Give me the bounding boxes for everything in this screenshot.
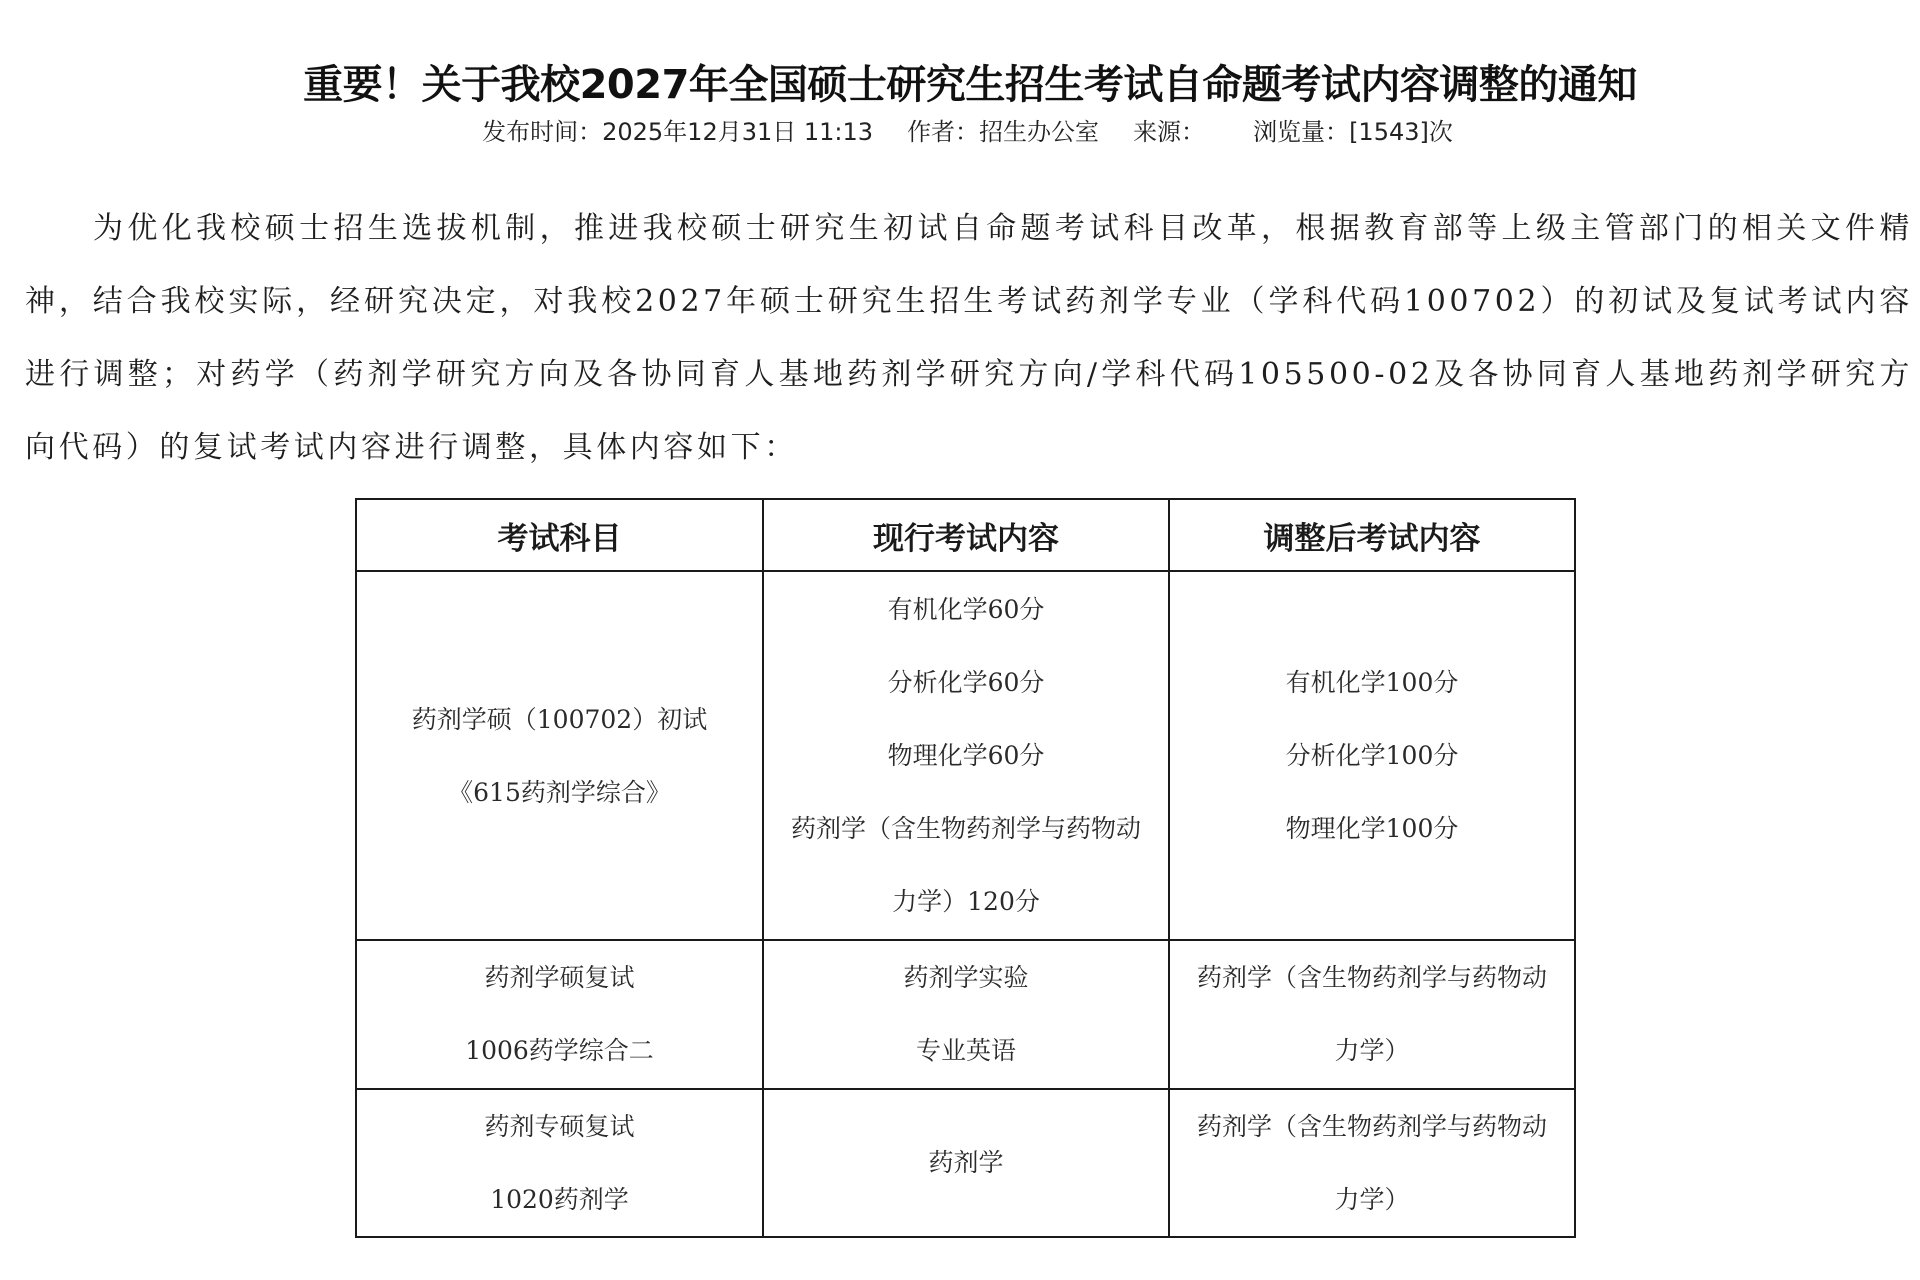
publish-time: 2025年12月31日 11:13 [602, 112, 873, 147]
cell-line: 药剂学硕复试 [375, 941, 744, 1014]
cell-current: 有机化学60分 分析化学60分 物理化学60分 药剂学（含生物药剂学与药物动 力… [763, 571, 1169, 940]
header-current-content: 现行考试内容 [763, 499, 1169, 571]
cell-subject: 药剂学硕复试 1006药学综合二 [356, 940, 763, 1088]
cell-adjusted: 有机化学100分 分析化学100分 物理化学100分 [1169, 571, 1575, 940]
cell-line: 1020药剂学 [375, 1163, 744, 1236]
cell-line: 药剂学 [782, 1126, 1150, 1199]
table-row: 药剂专硕复试 1020药剂学 药剂学 药剂学（含生物药剂学与药物动 力学） [356, 1089, 1575, 1237]
table-row: 药剂学硕复试 1006药学综合二 药剂学实验 专业英语 药剂学（含生物药剂学与药… [356, 940, 1575, 1088]
cell-line: 物理化学60分 [782, 719, 1150, 792]
header-adjusted-content: 调整后考试内容 [1169, 499, 1575, 571]
table-header-row: 考试科目 现行考试内容 调整后考试内容 [356, 499, 1575, 571]
cell-line: 药剂学（含生物药剂学与药物动 [1188, 1090, 1556, 1163]
cell-line: 药剂学（含生物药剂学与药物动 [782, 792, 1150, 865]
cell-line: 物理化学100分 [1188, 792, 1556, 865]
cell-line: 药剂学（含生物药剂学与药物动 [1188, 941, 1556, 1014]
publish-time-label: 发布时间： [482, 112, 602, 147]
views-count: [1543] [1349, 118, 1429, 146]
article-body: 为优化我校硕士招生选拔机制，推进我校硕士研究生初试自命题考试科目改革，根据教育部… [25, 192, 1913, 484]
cell-line: 力学）120分 [782, 865, 1150, 938]
cell-line: 药剂专硕复试 [375, 1090, 744, 1163]
cell-subject: 药剂学硕（100702）初试 《615药剂学综合》 [356, 571, 763, 940]
cell-current: 药剂学实验 专业英语 [763, 940, 1169, 1088]
cell-adjusted: 药剂学（含生物药剂学与药物动 力学） [1169, 1089, 1575, 1237]
views-suffix: 次 [1429, 112, 1453, 147]
cell-line: 力学） [1188, 1163, 1556, 1236]
cell-subject: 药剂专硕复试 1020药剂学 [356, 1089, 763, 1237]
cell-line: 分析化学60分 [782, 646, 1150, 719]
views-label: 浏览量： [1253, 112, 1349, 147]
source-label: 来源： [1133, 112, 1205, 147]
cell-line: 力学） [1188, 1014, 1556, 1087]
author: 招生办公室 [979, 112, 1099, 147]
cell-line: 专业英语 [782, 1014, 1150, 1087]
cell-line: 药剂学实验 [782, 941, 1150, 1014]
cell-adjusted: 药剂学（含生物药剂学与药物动 力学） [1169, 940, 1575, 1088]
cell-line: 药剂学硕（100702）初试 [375, 683, 744, 756]
cell-line: 《615药剂学综合》 [375, 756, 744, 829]
author-label: 作者： [907, 112, 979, 147]
exam-content-table: 考试科目 现行考试内容 调整后考试内容 药剂学硕（100702）初试 《615药… [355, 498, 1576, 1238]
cell-line: 有机化学60分 [782, 573, 1150, 646]
header-subject: 考试科目 [356, 499, 763, 571]
table-row: 药剂学硕（100702）初试 《615药剂学综合》 有机化学60分 分析化学60… [356, 571, 1575, 940]
cell-line: 1006药学综合二 [375, 1014, 744, 1087]
article-meta: 发布时间：2025年12月31日 11:13作者：招生办公室来源：浏览量：[15… [0, 112, 1920, 147]
cell-current: 药剂学 [763, 1089, 1169, 1237]
cell-line: 分析化学100分 [1188, 719, 1556, 792]
article-title: 重要！关于我校2027年全国硕士研究生招生考试自命题考试内容调整的通知 [0, 53, 1920, 110]
cell-line: 有机化学100分 [1188, 646, 1556, 719]
